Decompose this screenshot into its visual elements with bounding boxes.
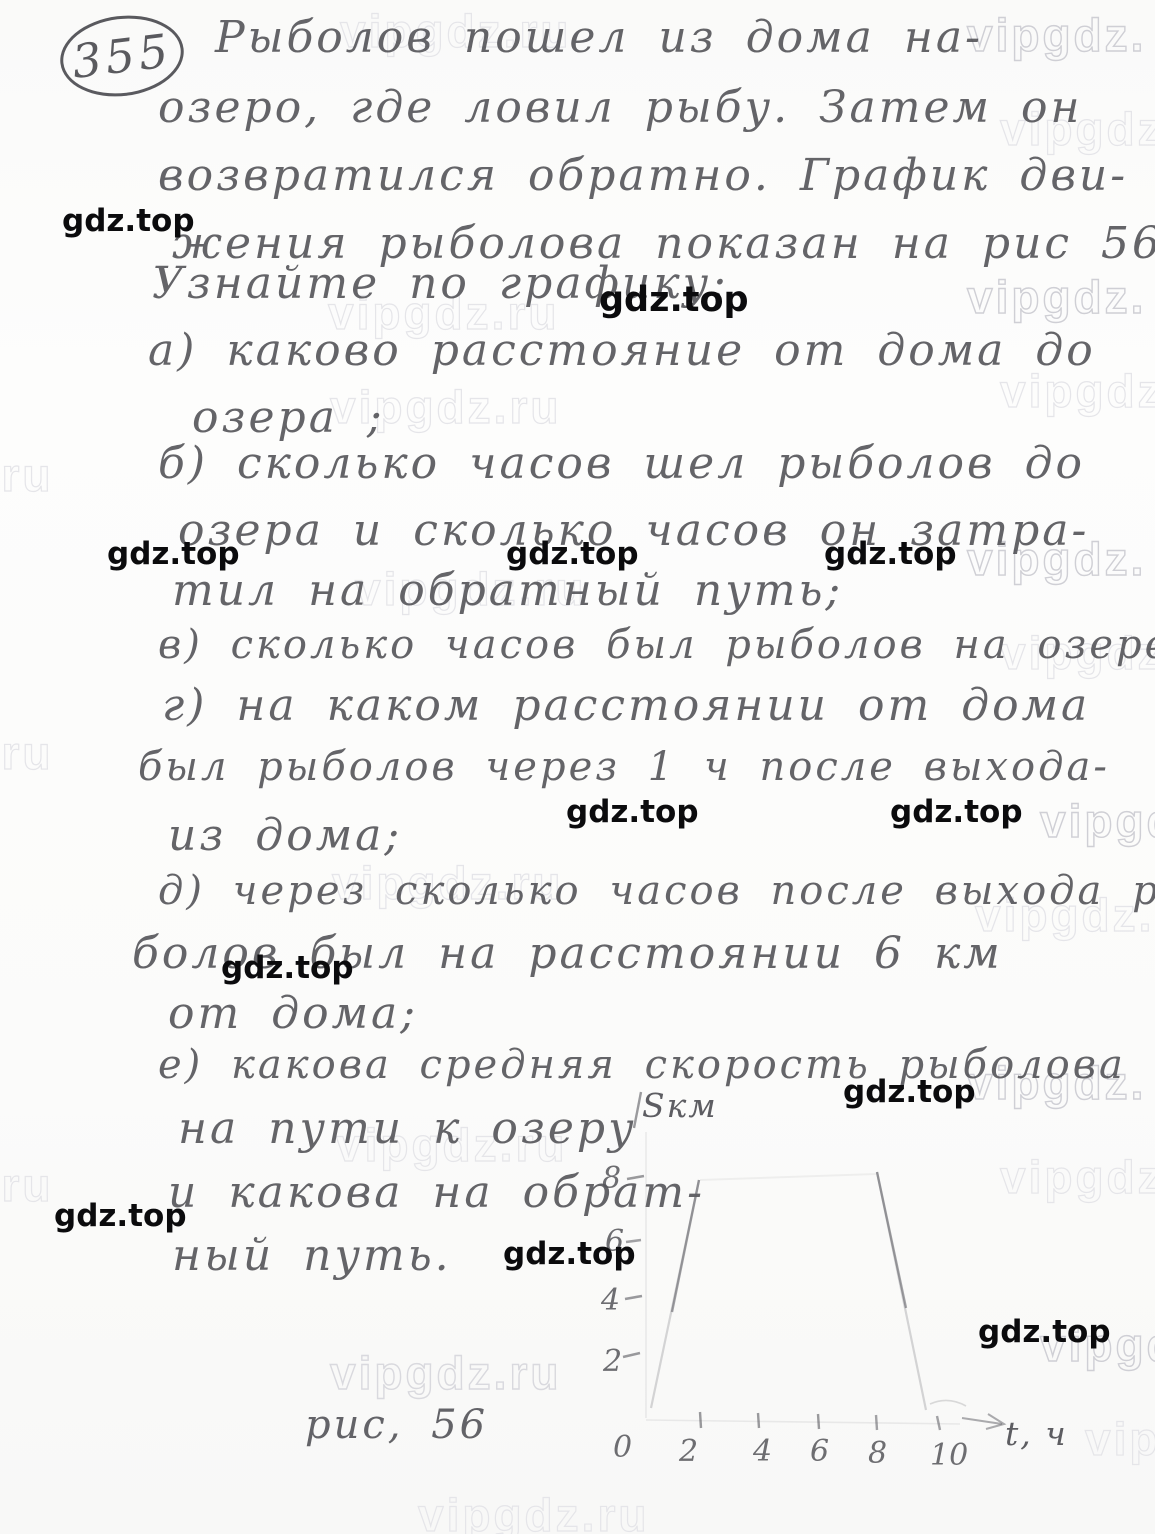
handwritten-line: и какова на обрат- (168, 1167, 705, 1218)
handwritten-line: в) сколько часов был рыболов на озере; (158, 622, 1155, 668)
watermark-vipgdz: vipgdz. (1040, 794, 1155, 848)
watermark-gdz-top: gdz.top (843, 1074, 976, 1110)
notebook-page: vipgdz. vipgdz. vipgdz. vipgdz. vipgdz. … (0, 0, 1155, 1534)
problem-number: 355 (69, 23, 175, 89)
watermark-gdz-top: gdz.top (890, 794, 1023, 830)
watermark-gdz-top: gdz.top (566, 794, 699, 830)
handwritten-line: озера ; (192, 392, 385, 443)
figure-x-tick-8: 8 (868, 1436, 887, 1471)
figure-x-tick-10: 10 (930, 1438, 968, 1473)
watermark-gdz-top: gdz.top (503, 1236, 636, 1272)
figure-x-tick-6: 6 (810, 1434, 829, 1469)
figure-caption: рис, 56 (305, 1402, 488, 1448)
watermark-gdz-top: gdz.top (506, 536, 639, 572)
handwritten-line: ный путь. (172, 1230, 452, 1281)
watermark-gdz-top: gdz.top (824, 536, 957, 572)
watermark-vipgdz-ru: vipgdz.ru (0, 1158, 53, 1212)
figure-x-tick-0: 0 (613, 1430, 632, 1465)
watermark-vipgdz: vipgdz. (1085, 1412, 1155, 1466)
watermark-vipgdz-ru: vipgdz.ru (0, 726, 53, 780)
watermark-vipgdz: vipgdz. (967, 8, 1146, 62)
handwritten-line: был рыболов через 1 ч после выхода- (138, 744, 1110, 790)
handwritten-line: от дома; (168, 988, 418, 1039)
figure-x-axis-label: t, ч (1005, 1414, 1068, 1453)
watermark-vipgdz-ru: vipgdz.ru (330, 1346, 561, 1400)
handwritten-line: из дома; (168, 810, 402, 861)
handwritten-line: Рыболов пошел из дома на- (215, 12, 983, 63)
figure-x-tick-2: 2 (679, 1434, 698, 1469)
watermark-gdz-top: gdz.top (978, 1314, 1111, 1350)
watermark-gdz-top: gdz.top (54, 1198, 187, 1234)
watermark-gdz-top: gdz.top (62, 203, 195, 239)
handwritten-line: е) какова средняя скорость рыболова (158, 1042, 1126, 1088)
watermark-vipgdz: vipgdz. (967, 270, 1146, 324)
watermark-gdz-top: gdz.top (599, 280, 749, 320)
handwritten-line: д) через сколько часов после выхода ры- (158, 868, 1155, 914)
handwritten-line: возвратился обратно. График дви- (158, 150, 1128, 201)
watermark-vipgdz-ru: vipgdz.ru (0, 448, 53, 502)
figure-y-tick-2: 2 (603, 1344, 622, 1379)
figure-y-tick-4: 4 (601, 1283, 620, 1318)
figure-y-tick-8: 8 (602, 1161, 621, 1196)
handwritten-line: озеро, где ловил рыбу. Затем он (158, 82, 1082, 133)
watermark-vipgdz-ru: vipgdz.ru (418, 1488, 649, 1534)
handwritten-line: а) каково расстояние от дома до (148, 325, 1096, 376)
handwritten-line: б) сколько часов шел рыболов до (158, 438, 1085, 489)
figure-x-tick-4: 4 (753, 1434, 772, 1469)
handwritten-line: тил на обратный путь; (172, 565, 843, 616)
watermark-gdz-top: gdz.top (107, 536, 240, 572)
figure-y-axis-label: Sкм (642, 1086, 718, 1125)
handwritten-line: г) на каком расстоянии от дома (162, 680, 1090, 731)
watermark-vipgdz: vipgdz. (1000, 1150, 1155, 1204)
handwritten-line: на пути к озеру (178, 1103, 637, 1154)
watermark-gdz-top: gdz.top (221, 950, 354, 986)
